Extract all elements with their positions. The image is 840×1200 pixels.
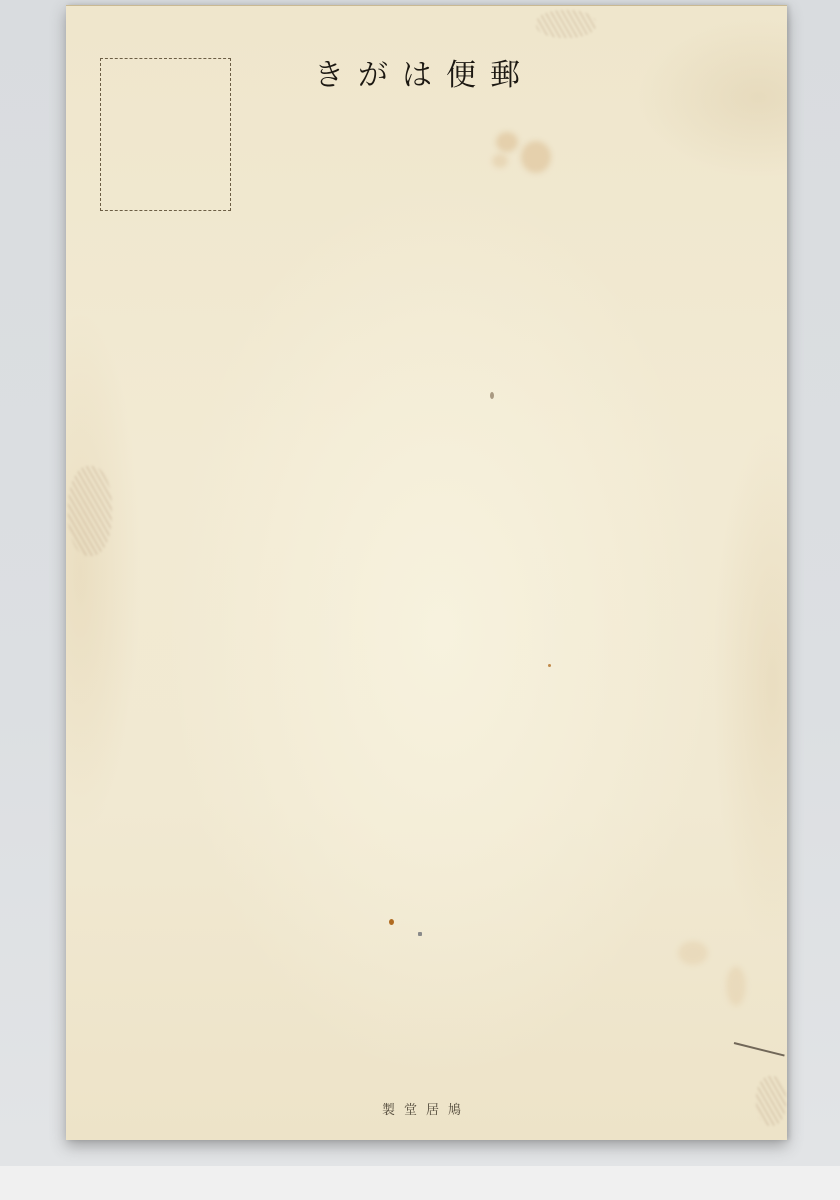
stain [521, 141, 551, 173]
speck [418, 932, 422, 936]
stain [496, 132, 518, 152]
speck [389, 919, 394, 925]
stamp-box [100, 58, 231, 211]
thumbprint [756, 1076, 786, 1126]
stain [678, 941, 708, 965]
speck [490, 392, 494, 399]
stain [726, 966, 746, 1006]
postcard-title: きがは便郵 [304, 50, 544, 94]
postcard: きがは便郵 製堂居鳩 [66, 5, 787, 1140]
speck [548, 664, 551, 667]
lower-band [0, 1166, 840, 1200]
thumbprint [68, 466, 112, 556]
scratch-mark [734, 1042, 785, 1057]
thumbprint [536, 10, 596, 38]
maker-imprint: 製堂居鳩 [366, 1099, 486, 1118]
stain [492, 154, 508, 168]
